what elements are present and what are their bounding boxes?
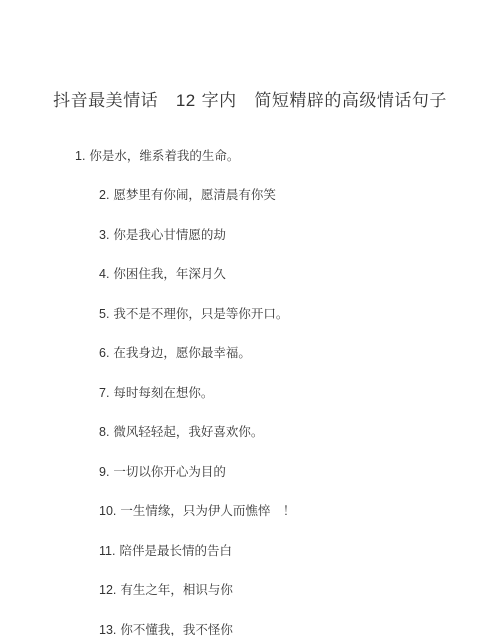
title-part3: 简短精辟的高级情话句子 [254, 91, 447, 111]
list-item: 5. 我不是不理你，只是等你开口。 [99, 304, 288, 322]
list-item: 3. 你是我心甘情愿的劫 [99, 225, 226, 243]
list-item: 13. 你不懂我，我不怪你 [99, 620, 233, 636]
list-item: 10. 一生情缘，只为伊人而憔悴 ！ [99, 501, 295, 519]
title-number: 12 [176, 91, 196, 110]
list-item: 8. 微风轻轻起，我好喜欢你。 [99, 422, 263, 440]
document-title: 抖音最美情话 12 字内 简短精辟的高级情话句子 [0, 86, 500, 111]
list-item: 9. 一切以你开心为目的 [99, 462, 226, 480]
list-item: 6. 在我身边，愿你最幸福。 [99, 343, 251, 361]
list-item: 1. 你是水，维系着我的生命。 [75, 146, 239, 164]
list-item: 2. 愿梦里有你闹，愿清晨有你笑 [99, 185, 276, 203]
list-item: 11. 陪伴是最长情的告白 [99, 541, 232, 559]
title-part1: 抖音最美情话 [53, 91, 158, 111]
list-item: 4. 你困住我，年深月久 [99, 264, 226, 282]
list-item: 12. 有生之年，相识与你 [99, 580, 233, 598]
title-part2: 字内 [202, 91, 237, 111]
list-item: 7. 每时每刻在想你。 [99, 383, 213, 401]
